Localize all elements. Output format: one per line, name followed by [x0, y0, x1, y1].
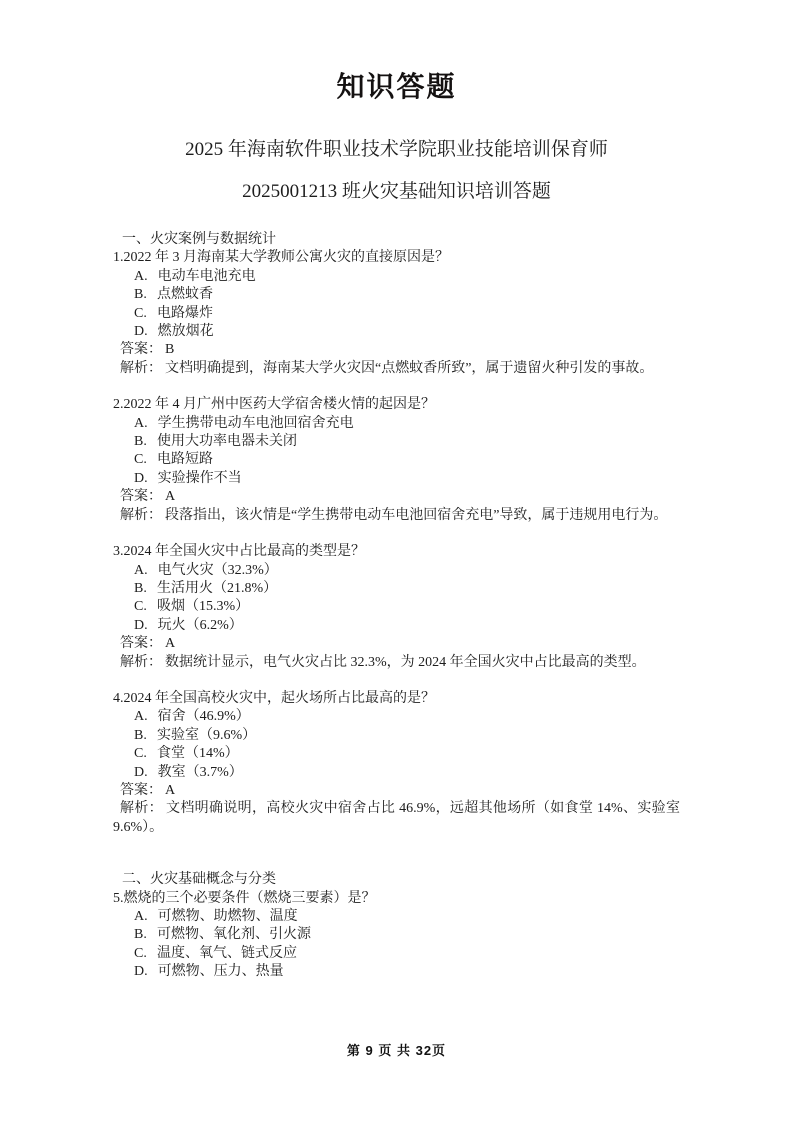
option-label: B.: [134, 727, 147, 745]
question-text: 3.2024 年全国火灾中占比最高的类型是？: [113, 543, 680, 561]
question-stem: 燃烧的三个必要条件（燃烧三要素）是？: [124, 891, 376, 906]
option-text: 玩火（6.2%）: [158, 618, 243, 633]
option-text: 可燃物、氧化剂、引火源: [157, 927, 311, 942]
option-label: A.: [134, 908, 148, 926]
answer-value: A: [165, 489, 175, 504]
answer-label: 答案：: [120, 489, 162, 504]
option-c: C.温度、氧气、链式反应: [113, 945, 680, 963]
option-text: 电路短路: [157, 452, 213, 467]
section-heading-2: 二、火灾基础概念与分类: [113, 871, 680, 889]
option-b: B.可燃物、氧化剂、引火源: [113, 926, 680, 944]
option-label: D.: [134, 764, 148, 782]
analysis-label: 解析：: [120, 655, 162, 670]
option-d: D.燃放烟花: [113, 323, 680, 341]
option-label: A.: [134, 708, 148, 726]
analysis-text: 段落指出，该火情是“学生携带电动车电池回宿舍充电”导致，属于违规用电行为。: [165, 508, 667, 523]
question-text: 5.燃烧的三个必要条件（燃烧三要素）是？: [113, 890, 680, 908]
answer-value: A: [165, 783, 175, 798]
analysis-text: 文档明确提到，海南某大学火灾因“点燃蚊香所致”，属于遗留火种引发的事故。: [165, 361, 653, 376]
option-label: D.: [134, 617, 148, 635]
analysis-text: 数据统计显示，电气火灾占比 32.3%，为 2024 年全国火灾中占比最高的类型…: [165, 655, 646, 670]
option-text: 可燃物、压力、热量: [158, 964, 284, 979]
document-page: 知识答题 2025 年海南软件职业技术学院职业技能培训保育师 202500121…: [0, 0, 793, 1122]
option-d: D.玩火（6.2%）: [113, 617, 680, 635]
option-label: C.: [134, 598, 147, 616]
option-label: B.: [134, 926, 147, 944]
option-label: C.: [134, 745, 147, 763]
analysis-label: 解析：: [120, 508, 162, 523]
analysis-line: 解析：段落指出，该火情是“学生携带电动车电池回宿舍充电”导致，属于违规用电行为。: [113, 507, 680, 525]
page-title: 知识答题: [113, 70, 680, 104]
option-text: 实验操作不当: [158, 471, 242, 486]
answer-line: 答案：A: [113, 782, 680, 800]
question-text: 1.2022 年 3 月海南某大学教师公寓火灾的直接原因是？: [113, 249, 680, 267]
doc-subtitle-line1: 2025 年海南软件职业技术学院职业技能培训保育师: [113, 138, 680, 162]
option-text: 生活用火（21.8%）: [157, 581, 277, 596]
analysis-label: 解析：: [120, 361, 162, 376]
option-text: 电路爆炸: [157, 306, 213, 321]
option-d: D.实验操作不当: [113, 470, 680, 488]
analysis-label: 解析：: [120, 801, 163, 816]
option-label: B.: [134, 580, 147, 598]
option-text: 可燃物、助燃物、温度: [158, 909, 298, 924]
question-stem: 2024 年全国高校火灾中，起火场所占比最高的是？: [124, 691, 436, 706]
analysis-line: 解析：文档明确说明，高校火灾中宿舍占比 46.9%，远超其他场所（如食堂 14%…: [113, 800, 680, 837]
question-block-4: 4.2024 年全国高校火灾中，起火场所占比最高的是？ A.宿舍（46.9%） …: [113, 690, 680, 837]
analysis-line: 解析：数据统计显示，电气火灾占比 32.3%，为 2024 年全国火灾中占比最高…: [113, 654, 680, 672]
option-c: C.食堂（14%）: [113, 745, 680, 763]
option-d: D.教室（3.7%）: [113, 764, 680, 782]
analysis-text: 文档明确说明，高校火灾中宿舍占比 46.9%，远超其他场所（如食堂 14%、实验…: [113, 801, 680, 834]
option-label: B.: [134, 433, 147, 451]
option-c: C.电路短路: [113, 451, 680, 469]
option-label: D.: [134, 963, 148, 981]
question-text: 4.2024 年全国高校火灾中，起火场所占比最高的是？: [113, 690, 680, 708]
option-a: A.宿舍（46.9%）: [113, 708, 680, 726]
option-text: 温度、氧气、链式反应: [157, 946, 297, 961]
page-content: 知识答题 2025 年海南软件职业技术学院职业技能培训保育师 202500121…: [0, 0, 793, 982]
question-block-5: 5.燃烧的三个必要条件（燃烧三要素）是？ A.可燃物、助燃物、温度 B.可燃物、…: [113, 890, 680, 982]
answer-line: 答案：A: [113, 635, 680, 653]
answer-value: A: [165, 636, 175, 651]
option-label: D.: [134, 323, 148, 341]
option-text: 燃放烟花: [158, 324, 214, 339]
question-text: 2.2022 年 4 月广州中医药大学宿舍楼火情的起因是？: [113, 396, 680, 414]
option-b: B.使用大功率电器未关闭: [113, 433, 680, 451]
option-d: D.可燃物、压力、热量: [113, 963, 680, 981]
doc-subtitle-line2: 2025001213 班火灾基础知识培训答题: [113, 180, 680, 204]
option-text: 吸烟（15.3%）: [157, 599, 249, 614]
question-number: 5.: [113, 891, 124, 906]
option-b: B.实验室（9.6%）: [113, 727, 680, 745]
option-text: 电气火灾（32.3%）: [158, 563, 278, 578]
question-stem: 2024 年全国火灾中占比最高的类型是？: [124, 544, 366, 559]
option-a: A.电气火灾（32.3%）: [113, 562, 680, 580]
answer-label: 答案：: [120, 636, 162, 651]
option-label: A.: [134, 268, 148, 286]
question-stem: 2022 年 3 月海南某大学教师公寓火灾的直接原因是？: [124, 250, 450, 265]
option-c: C.吸烟（15.3%）: [113, 598, 680, 616]
option-text: 学生携带电动车电池回宿舍充电: [158, 416, 354, 431]
option-b: B.生活用火（21.8%）: [113, 580, 680, 598]
answer-line: 答案：A: [113, 488, 680, 506]
option-text: 点燃蚊香: [157, 287, 213, 302]
question-number: 1.: [113, 250, 124, 265]
question-block-2: 2.2022 年 4 月广州中医药大学宿舍楼火情的起因是？ A.学生携带电动车电…: [113, 396, 680, 525]
answer-label: 答案：: [120, 342, 162, 357]
option-text: 食堂（14%）: [157, 746, 239, 761]
option-label: D.: [134, 470, 148, 488]
option-label: A.: [134, 562, 148, 580]
question-block-3: 3.2024 年全国火灾中占比最高的类型是？ A.电气火灾（32.3%） B.生…: [113, 543, 680, 672]
option-text: 宿舍（46.9%）: [158, 709, 250, 724]
option-a: A.学生携带电动车电池回宿舍充电: [113, 415, 680, 433]
document-body: 一、火灾案例与数据统计 1.2022 年 3 月海南某大学教师公寓火灾的直接原因…: [113, 231, 680, 982]
option-text: 实验室（9.6%）: [157, 728, 256, 743]
analysis-line: 解析：文档明确提到，海南某大学火灾因“点燃蚊香所致”，属于遗留火种引发的事故。: [113, 360, 680, 378]
page-number-footer: 第 9 页 共 32页: [0, 1040, 793, 1059]
option-label: A.: [134, 415, 148, 433]
question-number: 3.: [113, 544, 124, 559]
answer-label: 答案：: [120, 783, 162, 798]
section-heading-1: 一、火灾案例与数据统计: [113, 231, 680, 249]
option-text: 使用大功率电器未关闭: [157, 434, 297, 449]
option-b: B.点燃蚊香: [113, 286, 680, 304]
question-number: 4.: [113, 691, 124, 706]
question-stem: 2022 年 4 月广州中医药大学宿舍楼火情的起因是？: [124, 397, 436, 412]
option-text: 电动车电池充电: [158, 269, 256, 284]
question-block-1: 1.2022 年 3 月海南某大学教师公寓火灾的直接原因是？ A.电动车电池充电…: [113, 249, 680, 378]
question-number: 2.: [113, 397, 124, 412]
answer-line: 答案：B: [113, 341, 680, 359]
option-label: B.: [134, 286, 147, 304]
option-a: A.电动车电池充电: [113, 268, 680, 286]
option-label: C.: [134, 305, 147, 323]
option-label: C.: [134, 451, 147, 469]
option-label: C.: [134, 945, 147, 963]
option-a: A.可燃物、助燃物、温度: [113, 908, 680, 926]
option-text: 教室（3.7%）: [158, 765, 243, 780]
option-c: C.电路爆炸: [113, 305, 680, 323]
answer-value: B: [165, 342, 174, 357]
